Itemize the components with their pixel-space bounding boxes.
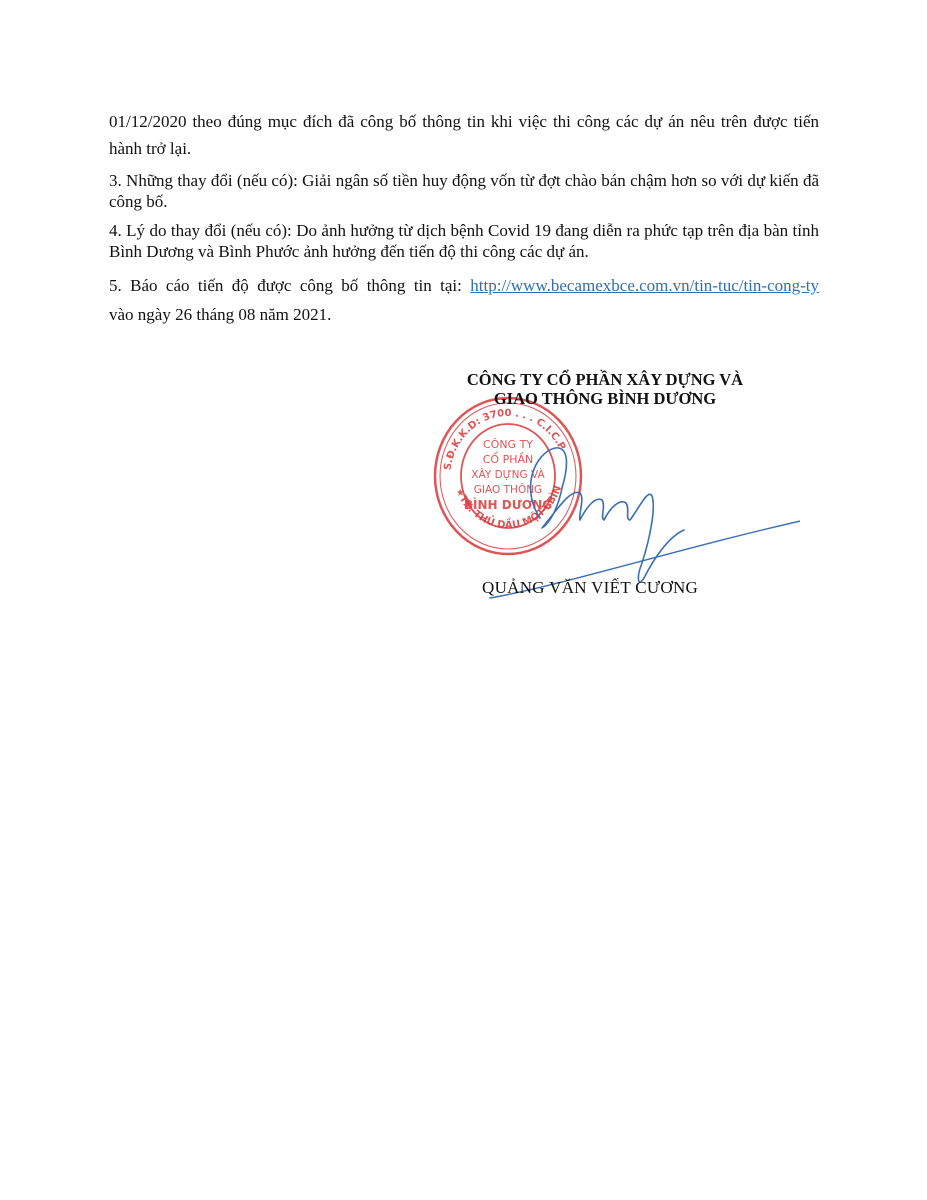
document-page: 01/12/2020 theo đúng mục đích đã công bố… xyxy=(0,0,927,1200)
paragraph-item-5: 5. Báo cáo tiến độ được công bố thông ti… xyxy=(109,271,819,329)
news-link[interactable]: http://www.becamexbce.com.vn/tin-tuc/tin… xyxy=(470,276,819,295)
paragraph-text: 3. Những thay đổi (nếu có): Giải ngân số… xyxy=(109,171,819,211)
paragraph-text: 01/12/2020 theo đúng mục đích đã công bố… xyxy=(109,112,819,158)
paragraph-text: vào ngày 26 tháng 08 năm 2021. xyxy=(109,305,331,324)
company-name: CÔNG TY CỔ PHẦN XÂY DỰNG VÀ GIAO THÔNG B… xyxy=(420,370,790,408)
paragraph-item-3: 3. Những thay đổi (nếu có): Giải ngân số… xyxy=(109,170,819,212)
company-name-line-2: GIAO THÔNG BÌNH DƯƠNG xyxy=(420,389,790,408)
paragraph-text: 4. Lý do thay đổi (nếu có): Do ảnh hưởng… xyxy=(109,221,819,261)
signer-name: QUẢNG VĂN VIẾT CƯƠNG xyxy=(482,578,698,598)
company-name-line-1: CÔNG TY CỔ PHẦN XÂY DỰNG VÀ xyxy=(420,370,790,389)
paragraph-item-4: 4. Lý do thay đổi (nếu có): Do ảnh hưởng… xyxy=(109,220,819,262)
paragraph-continuation: 01/12/2020 theo đúng mục đích đã công bố… xyxy=(109,108,819,162)
paragraph-text: 5. Báo cáo tiến độ được công bố thông ti… xyxy=(109,276,470,295)
